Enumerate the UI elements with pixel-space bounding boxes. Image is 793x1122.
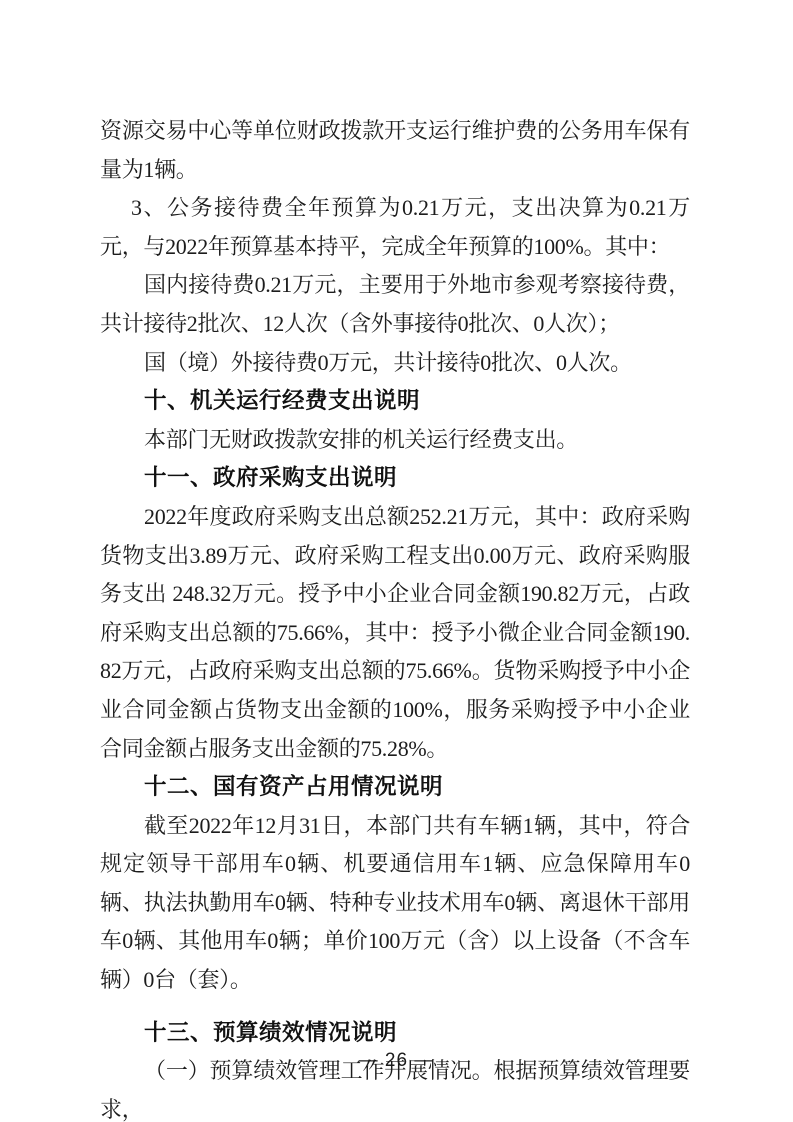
section-heading-13-budget-performance: 十三、预算绩效情况说明 <box>100 1014 690 1053</box>
page-number: — 26 — <box>359 1050 435 1071</box>
paragraph-official-reception-budget: 3、公务接待费全年预算为0.21万元，支出决算为0.21万元，与2022年预算基… <box>100 189 690 266</box>
paragraph-domestic-reception: 国内接待费0.21万元，主要用于外地市参观考察接待费，共计接待2批次、12人次（… <box>100 266 690 343</box>
document-body: 资源交易中心等单位财政拨款开支运行维护费的公务用车保有量为1辆。 3、公务接待费… <box>100 112 690 1122</box>
paragraph-overseas-reception: 国（境）外接待费0万元，共计接待0批次、0人次。 <box>100 344 690 383</box>
paragraph-vehicle-carryover: 资源交易中心等单位财政拨款开支运行维护费的公务用车保有量为1辆。 <box>100 112 690 189</box>
section-heading-10-operating-expense: 十、机关运行经费支出说明 <box>100 382 690 421</box>
document-page: 资源交易中心等单位财政拨款开支运行维护费的公务用车保有量为1辆。 3、公务接待费… <box>0 0 793 1122</box>
paragraph-operating-expense: 本部门无财政拨款安排的机关运行经费支出。 <box>100 421 690 460</box>
section-heading-11-government-procurement: 十一、政府采购支出说明 <box>100 459 690 498</box>
section-heading-12-state-assets: 十二、国有资产占用情况说明 <box>100 768 690 807</box>
paragraph-state-assets-details: 截至2022年12月31日，本部门共有车辆1辆，其中，符合规定领导干部用车0辆、… <box>100 807 690 1000</box>
page-footer: — 26 — <box>0 1050 793 1072</box>
paragraph-procurement-details: 2022年度政府采购支出总额252.21万元，其中：政府采购货物支出3.89万元… <box>100 498 690 768</box>
